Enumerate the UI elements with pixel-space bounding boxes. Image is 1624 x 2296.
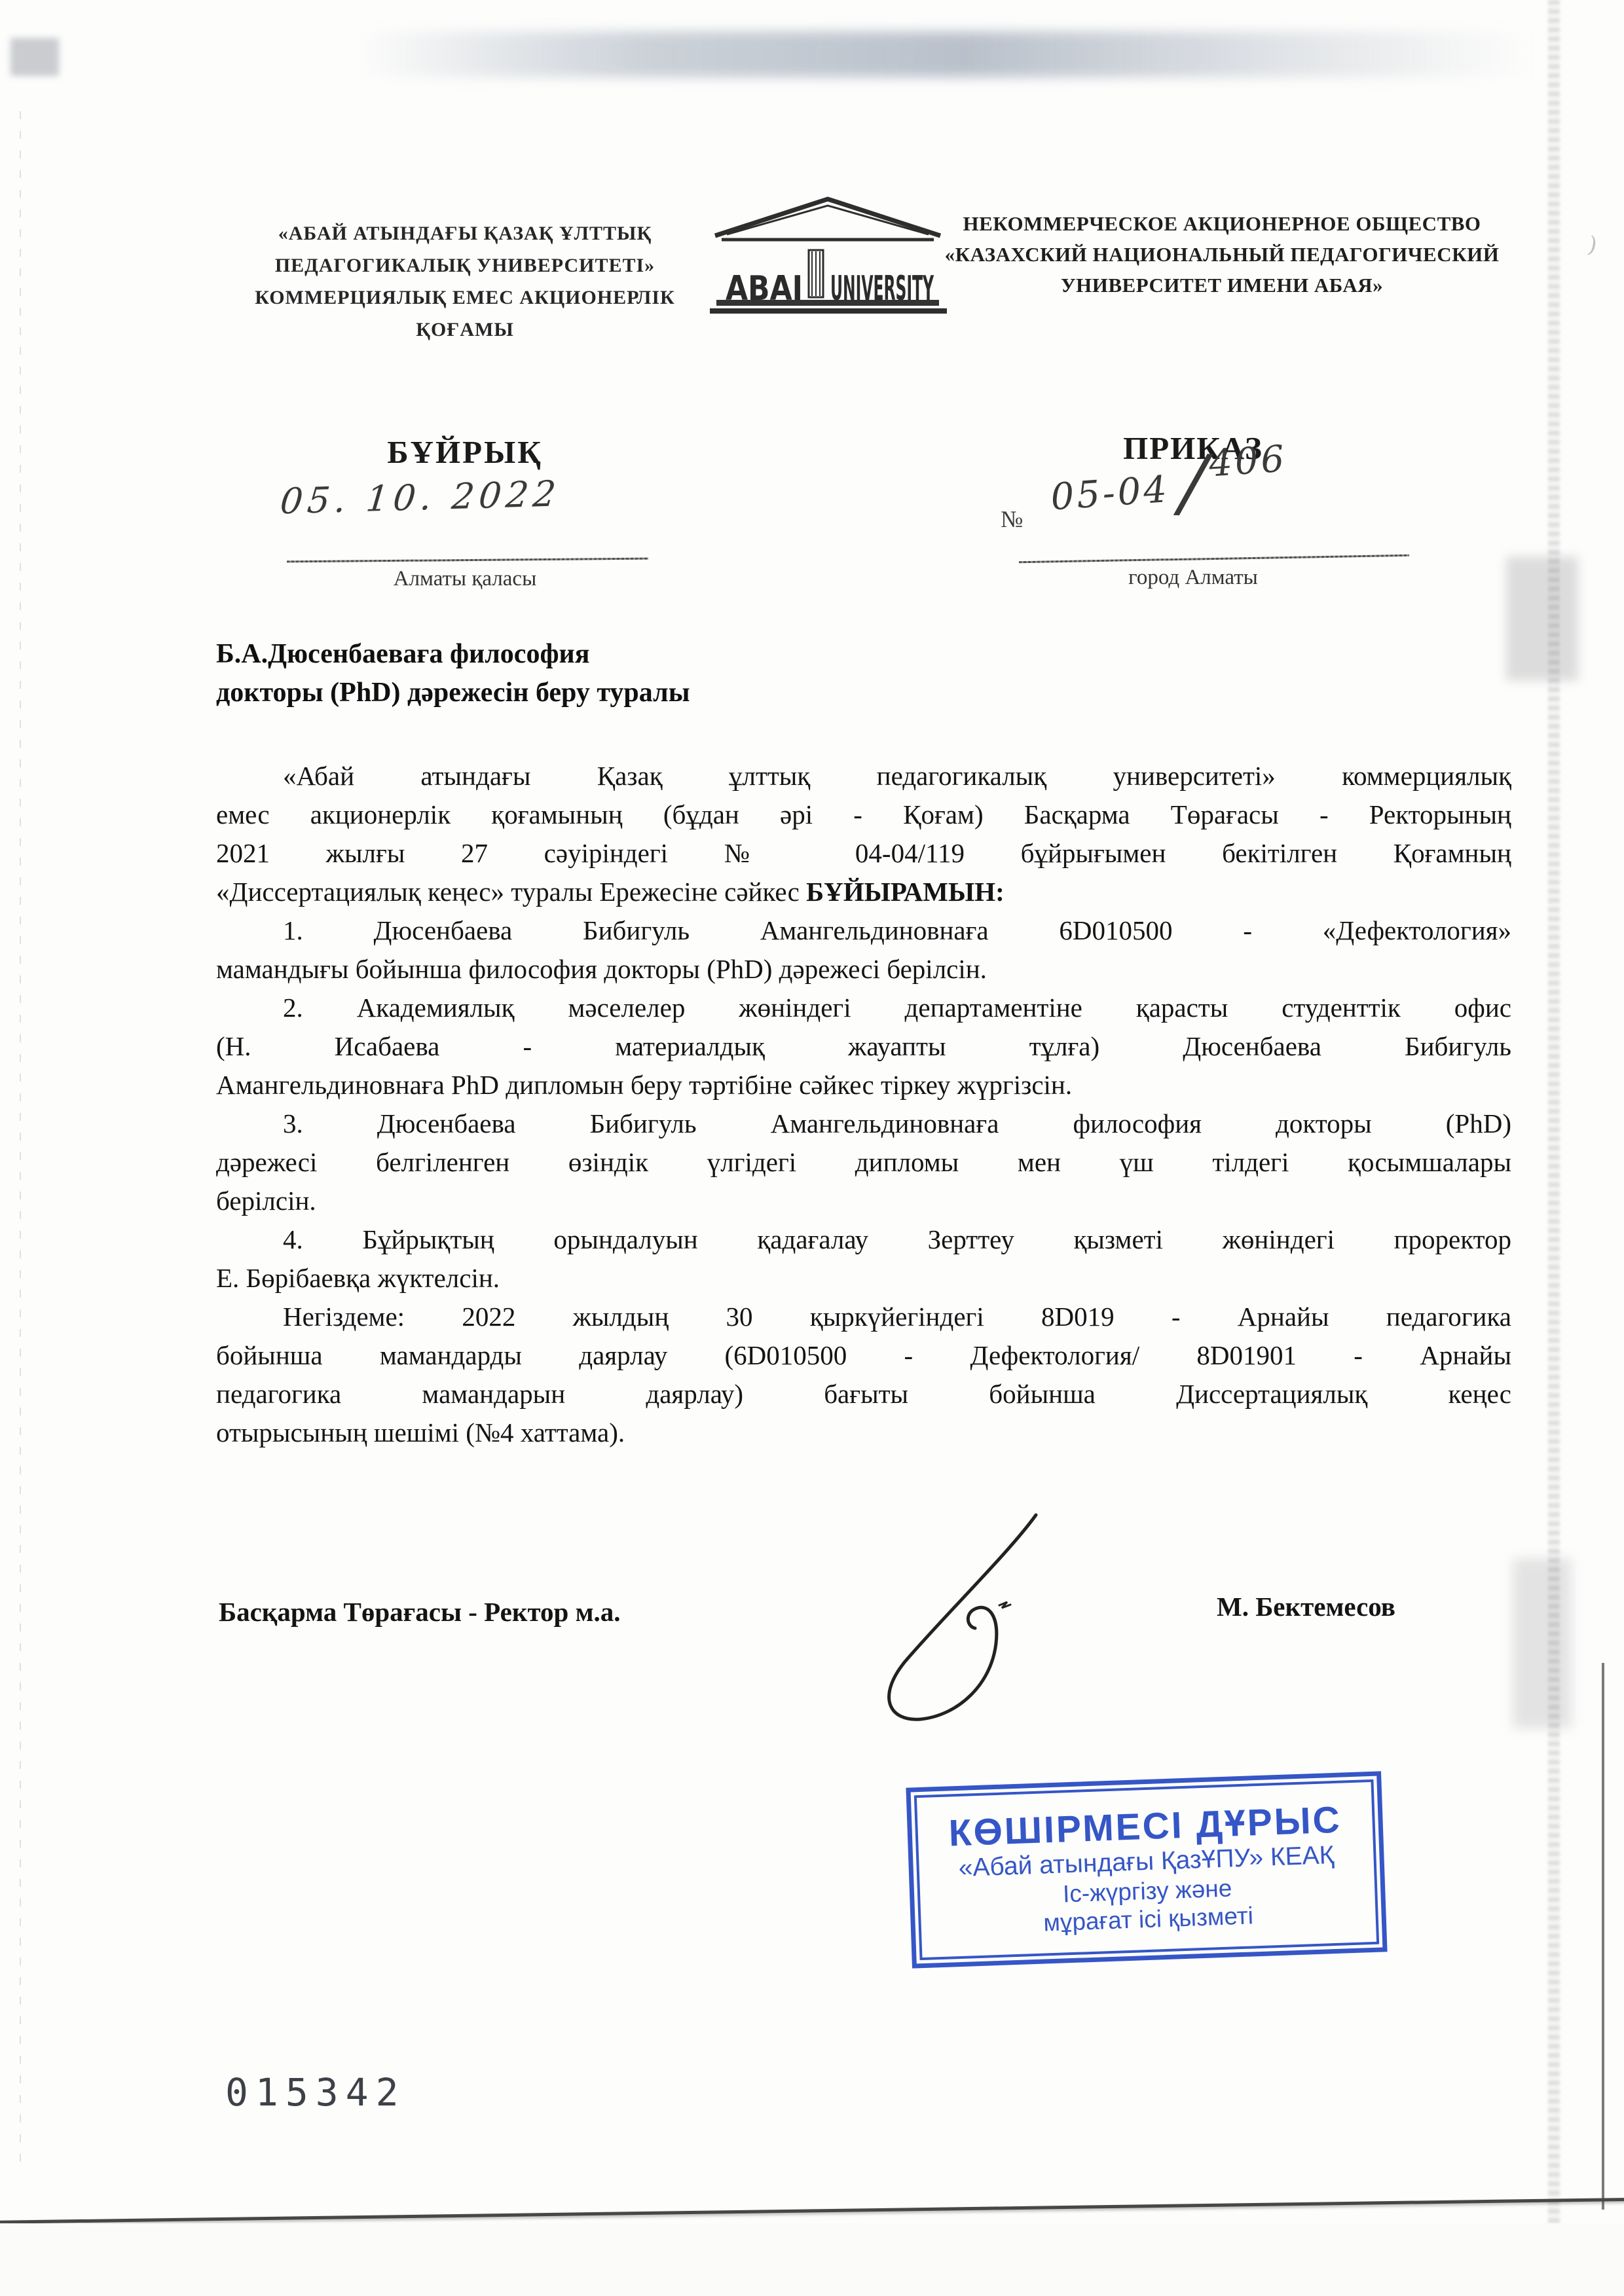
order-number-slash: / bbox=[1181, 483, 1209, 484]
order-item-4-line: Е. Бөрібаевқа жүктелсін. bbox=[216, 1259, 1511, 1298]
scan-bed-below-page bbox=[0, 2223, 1624, 2296]
document-title-line1: Б.А.Дюсенбаеваға философия bbox=[216, 635, 1198, 674]
date-underline bbox=[287, 558, 648, 563]
document-title: Б.А.Дюсенбаеваға философия докторы (PhD)… bbox=[216, 635, 1198, 712]
order-item-3-line: 3. Дюсенбаева Бибигуль Амангельдиновнаға… bbox=[216, 1104, 1511, 1143]
paragraph-intro-line: «Диссертациялық кеңес» туралы Ережесіне … bbox=[216, 873, 1511, 911]
scan-page-right-edge bbox=[1602, 1663, 1604, 2210]
scanned-order-page: ) «АБАЙ АТЫНДАҒЫ ҚАЗАҚ ҰЛТТЫҚ ПЕДАГОГИКА… bbox=[0, 0, 1624, 2296]
signer-position-label: Басқарма Төрағасы - Ректор м.а. bbox=[219, 1596, 621, 1628]
stamp-inner-border: КӨШІРМЕСІ ДҰРЫС «Абай атындағы ҚазҰПУ» К… bbox=[914, 1779, 1379, 1960]
order-item-2-line: Амангельдиновнаға PhD дипломын беру тәрт… bbox=[216, 1066, 1511, 1104]
order-item-1-line: 1. Дюсенбаева Бибигуль Амангельдиновнаға… bbox=[216, 911, 1511, 950]
order-title-kazakh: БҰЙРЫҚ bbox=[275, 433, 655, 471]
copy-certification-stamp: КӨШІРМЕСІ ДҰРЫС «Абай атындағы ҚазҰПУ» К… bbox=[906, 1771, 1387, 1968]
order-item-2-line: (Н. Исабаева - материалдық жауапты тұлға… bbox=[216, 1027, 1511, 1066]
scan-mark-topleft bbox=[10, 38, 59, 76]
scan-margin-mark: ) bbox=[1584, 231, 1610, 267]
org-name-kazakh-line3: КОММЕРЦИЯЛЫҚ ЕМЕС АКЦИОНЕРЛІК ҚОҒАМЫ bbox=[208, 282, 722, 346]
handwritten-signature bbox=[838, 1506, 1061, 1735]
org-name-kazakh-line1: «АБАЙ АТЫНДАҒЫ ҚАЗАҚ ҰЛТТЫҚ bbox=[208, 217, 722, 249]
basis-line: отырысының шешімі (№4 хаттама). bbox=[216, 1413, 1511, 1452]
order-item-1-line: мамандығы бойынша философия докторы (PhD… bbox=[216, 950, 1511, 989]
form-serial-number: 015342 bbox=[225, 2070, 406, 2115]
org-name-russian: НЕКОММЕРЧЕСКОЕ АКЦИОНЕРНОЕ ОБЩЕСТВО «КАЗ… bbox=[932, 208, 1511, 301]
handwritten-date: 05. 10. 2022 bbox=[278, 470, 675, 522]
abai-university-logo: ABAI UNIVERSITY bbox=[702, 195, 953, 319]
org-name-kazakh: «АБАЙ АТЫНДАҒЫ ҚАЗАҚ ҰЛТТЫҚ ПЕДАГОГИКАЛЫ… bbox=[208, 217, 722, 346]
scan-right-noise-blob bbox=[1506, 556, 1578, 681]
order-body: «Абай атындағы Қазақ ұлттық педагогикалы… bbox=[216, 757, 1511, 1452]
document-title-line2: докторы (PhD) дәрежесін беру туралы bbox=[216, 674, 1198, 712]
basis-line: педагогика мамандарын даярлау) бағыты бо… bbox=[216, 1375, 1511, 1413]
basis-line: Негіздеме: 2022 жылдың 30 қыркүйегіндегі… bbox=[216, 1298, 1511, 1336]
order-item-3-line: дәрежесі белгіленген өзіндік үлгідегі ди… bbox=[216, 1143, 1511, 1182]
paragraph-intro-line: емес акционерлік қоғамының (бұдан әрі - … bbox=[216, 795, 1511, 834]
city-label-kazakh: Алматы қаласы bbox=[275, 567, 655, 591]
org-name-russian-line1: НЕКОММЕРЧЕСКОЕ АКЦИОНЕРНОЕ ОБЩЕСТВО bbox=[932, 208, 1511, 239]
order-number-underline bbox=[1019, 555, 1409, 563]
signer-name: М. Бектемесов bbox=[1217, 1591, 1395, 1622]
signature-stroke bbox=[838, 1506, 1061, 1735]
scan-page-bottom-edge bbox=[0, 2197, 1624, 2224]
university-building-icon: ABAI UNIVERSITY bbox=[702, 195, 953, 319]
resolution-word: БҰЙЫРАМЫН: bbox=[806, 877, 1005, 907]
order-number-part2: 406 bbox=[1208, 437, 1288, 485]
basis-line: бойынша мамандарды даярлау (6D010500 - Д… bbox=[216, 1336, 1511, 1375]
scan-right-noise-blob bbox=[1513, 1558, 1572, 1728]
number-sign: № bbox=[1001, 505, 1023, 533]
scan-right-noise-streak bbox=[1548, 0, 1560, 2296]
order-number-part1: 05-04 bbox=[1049, 468, 1171, 519]
order-item-2-line: 2. Академиялық мәселелер жөніндегі депар… bbox=[216, 989, 1511, 1027]
scan-smudge-top bbox=[354, 31, 1532, 77]
org-name-russian-line2: «КАЗАХСКИЙ НАЦИОНАЛЬНЫЙ ПЕДАГОГИЧЕСКИЙ bbox=[932, 239, 1511, 270]
scan-left-dotted-line bbox=[20, 111, 21, 2167]
intro-tail-text: «Диссертациялық кеңес» туралы Ережесіне … bbox=[216, 877, 806, 907]
org-name-russian-line3: УНИВЕРСИТЕТ ИМЕНИ АБАЯ» bbox=[932, 270, 1511, 301]
paragraph-intro-line: «Абай атындағы Қазақ ұлттық педагогикалы… bbox=[216, 757, 1511, 795]
paragraph-intro-line: 2021 жылғы 27 сәуіріндегі № 04-04/119 бұ… bbox=[216, 834, 1511, 873]
org-name-kazakh-line2: ПЕДАГОГИКАЛЫҚ УНИВЕРСИТЕТІ» bbox=[208, 249, 722, 282]
order-item-4-line: 4. Бұйрықтың орындалуын қадағалау Зертте… bbox=[216, 1220, 1511, 1259]
city-label-russian: город Алматы bbox=[1023, 566, 1363, 590]
order-item-3-line: берілсін. bbox=[216, 1182, 1511, 1220]
